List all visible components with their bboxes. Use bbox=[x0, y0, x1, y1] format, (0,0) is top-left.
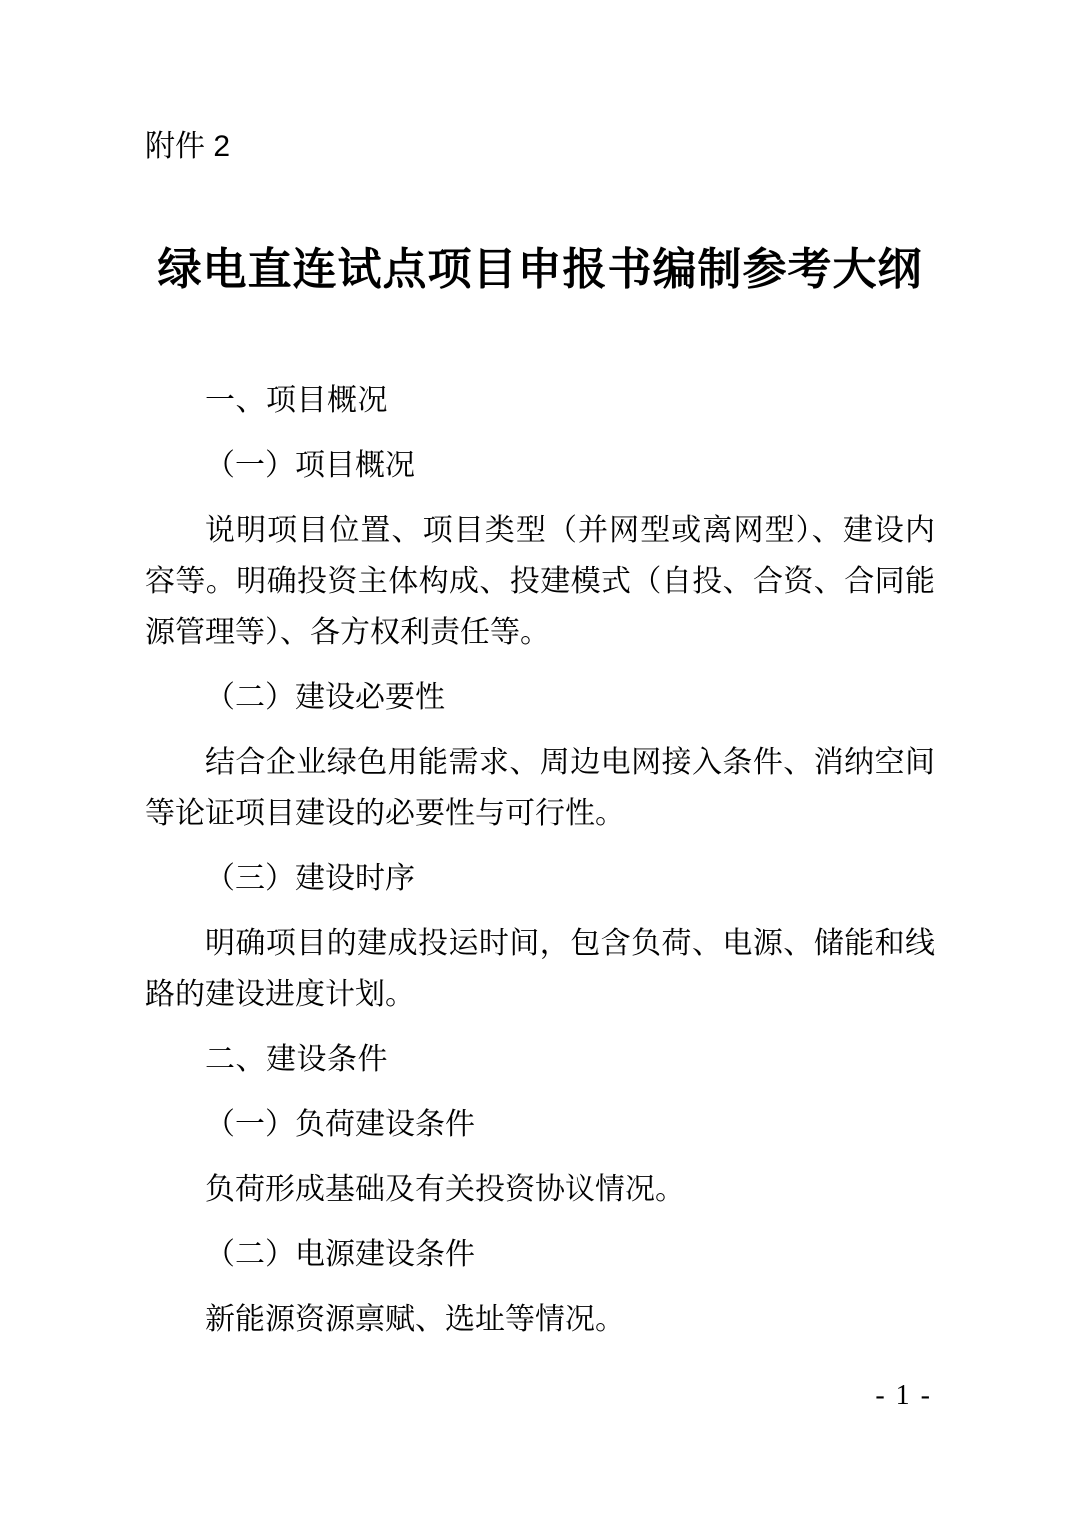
body-paragraph: 说明项目位置、项目类型（并网型或离网型）、建设内容等。明确投资主体构成、投建模式… bbox=[145, 505, 935, 658]
page-number: - 1 - bbox=[875, 1380, 932, 1412]
attachment-label: 附件 2 bbox=[145, 128, 935, 166]
section-heading-level-2: （一）项目概况 bbox=[145, 440, 935, 491]
section-heading-level-1: 一、项目概况 bbox=[145, 375, 935, 426]
section-heading-level-1: 二、建设条件 bbox=[145, 1034, 935, 1085]
section-heading-level-2: （三）建设时序 bbox=[145, 853, 935, 904]
document-title: 绿电直连试点项目申报书编制参考大纲 bbox=[145, 244, 935, 296]
section-heading-level-2: （二）建设必要性 bbox=[145, 672, 935, 723]
body-paragraph: 负荷形成基础及有关投资协议情况。 bbox=[145, 1164, 935, 1215]
document-body: 一、项目概况（一）项目概况说明项目位置、项目类型（并网型或离网型）、建设内容等。… bbox=[145, 375, 935, 1345]
body-paragraph: 结合企业绿色用能需求、周边电网接入条件、消纳空间等论证项目建设的必要性与可行性。 bbox=[145, 737, 935, 839]
body-paragraph: 明确项目的建成投运时间，包含负荷、电源、储能和线路的建设进度计划。 bbox=[145, 918, 935, 1020]
section-heading-level-2: （一）负荷建设条件 bbox=[145, 1099, 935, 1150]
body-paragraph: 新能源资源禀赋、选址等情况。 bbox=[145, 1294, 935, 1345]
section-heading-level-2: （二）电源建设条件 bbox=[145, 1229, 935, 1280]
document-page: 附件 2 绿电直连试点项目申报书编制参考大纲 一、项目概况（一）项目概况说明项目… bbox=[0, 0, 1080, 1527]
